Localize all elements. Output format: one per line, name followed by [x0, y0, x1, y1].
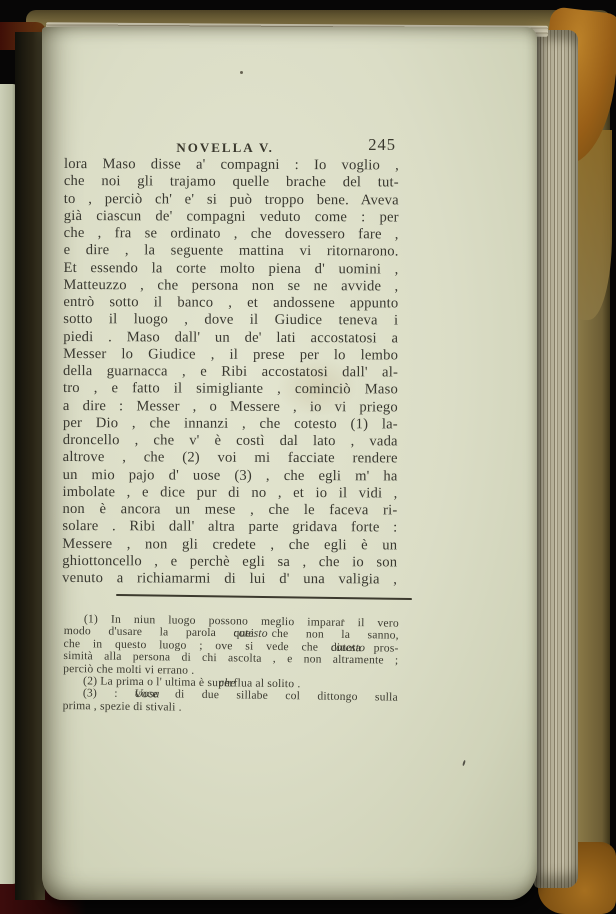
- body-line: venuto a richiamarmi di lui d' una valig…: [62, 570, 397, 589]
- body-line: che noi gli trajamo quelle brache del tu…: [64, 173, 399, 192]
- body-line: della guarnacca , e Ribi accostatosi dal…: [63, 363, 398, 382]
- body-line: che , fra se ordinato , che dovessero fa…: [64, 225, 399, 244]
- body-line: Et essendo la corte molto piena d' uomin…: [63, 259, 398, 278]
- gutter-shadow: [15, 32, 45, 900]
- book-scan: NOVELLA V. 245 lora Maso disse a' compag…: [0, 0, 616, 914]
- body-line: un mio pajo d' uose (3) , che egli m' ha: [63, 466, 398, 485]
- body-line: piedi . Maso dall' un de' lati accostato…: [63, 328, 398, 347]
- chapter-title: NOVELLA V.: [176, 140, 274, 156]
- footnote-separator-rule: [116, 594, 412, 600]
- body-line: tro , e fatto il simigliante , cominciò …: [63, 380, 398, 399]
- body-line: imbolate , e dice pur di no , et io il v…: [62, 484, 397, 503]
- body-line: Messer lo Giudice , il prese per lo lemb…: [63, 346, 398, 365]
- body-line: to , perciò ch' e' si può troppo bene. A…: [64, 190, 399, 209]
- body-line: Matteuzzo , che persona non se ne avvide…: [63, 277, 398, 296]
- ink-speck: [462, 760, 466, 766]
- body-line: non è ancora un mese , che le faceva ri-: [62, 501, 397, 520]
- body-line: lora Maso disse a' compagni : Io voglio …: [64, 156, 399, 175]
- body-line: Messere , non gli credete , che egli è u…: [62, 535, 397, 554]
- running-header: NOVELLA V. 245: [64, 137, 398, 157]
- page-stack-edges-right: [534, 30, 578, 888]
- body-line: sotto il luogo , dove il Giudice teneva …: [63, 311, 398, 330]
- body-line: entrò sotto il banco , et andossene appu…: [63, 294, 398, 313]
- footnotes: (1) In niun luogo possono meglio imparar…: [63, 613, 399, 717]
- body-line: altrove , che (2) voi mi facciate render…: [63, 449, 398, 468]
- paper-speck: [240, 71, 243, 74]
- body-line: per Dio , che innanzi , che cotesto (1) …: [63, 415, 398, 434]
- body-line: droncello , che v' è costì dal lato , va…: [63, 432, 398, 451]
- body-line: ghiottoncello , e perchè egli sa , che i…: [62, 553, 397, 572]
- book-page: NOVELLA V. 245 lora Maso disse a' compag…: [42, 27, 537, 900]
- body-line: già ciascun de' compagni veduto come : p…: [64, 208, 399, 227]
- body-line: e dire , la seguente mattina vi ritornar…: [64, 242, 399, 261]
- page-number: 245: [368, 135, 396, 155]
- body-line: a dire : Messer , o Messere , io vi prie…: [63, 397, 398, 416]
- body-line: solare . Ribi dall' altra parte gridava …: [62, 518, 397, 537]
- body-text: lora Maso disse a' compagni : Io voglio …: [62, 156, 399, 589]
